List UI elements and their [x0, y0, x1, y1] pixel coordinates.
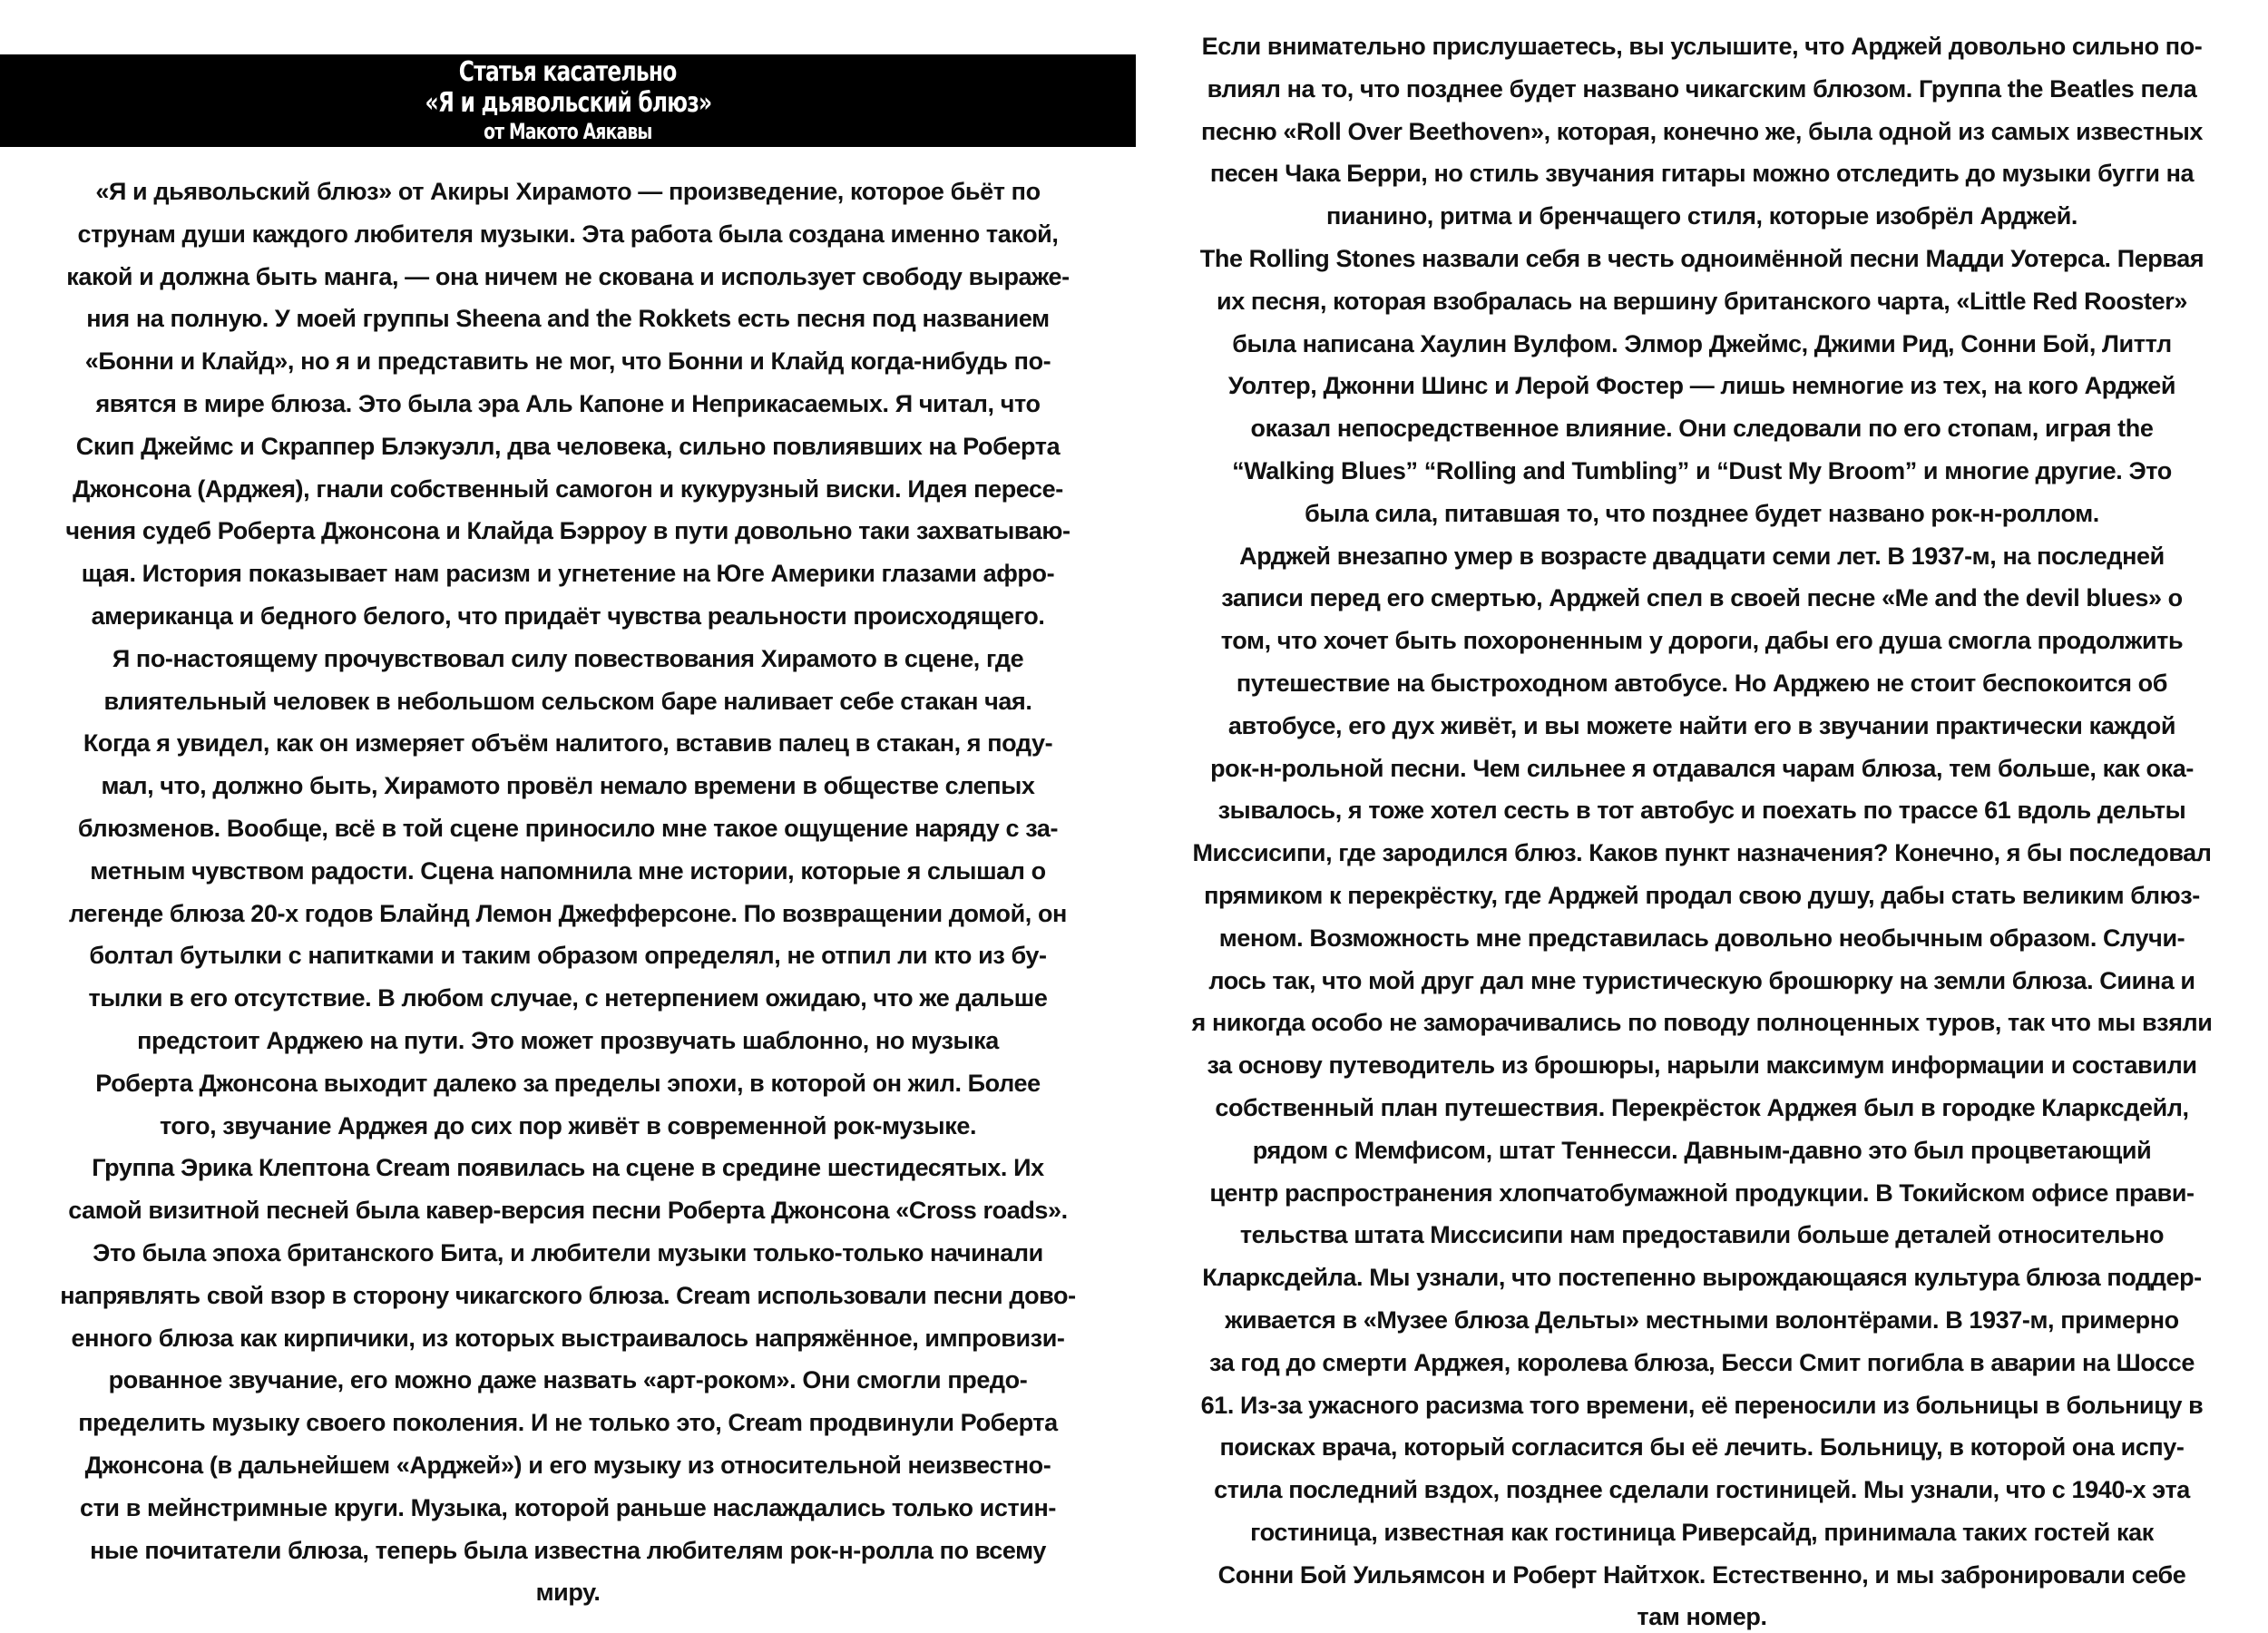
text-line-content: я никогда особо не заморачивались по пов… [1192, 1002, 2213, 1044]
text-line-content: американца и бедного белого, что придаёт… [92, 595, 1045, 638]
text-line-content: Скип Джеймс и Скраппер Блэкуэлл, два чел… [76, 425, 1060, 468]
text-line-content: Уолтер, Джонни Шинс и Лерой Фостер — лиш… [1228, 365, 2175, 407]
text-line: Я по-настоящему прочувствовал силу повес… [5, 638, 1130, 680]
text-line: сти в мейнстримные круги. Музыка, которо… [5, 1487, 1130, 1530]
text-line: Джонсона (в дальнейшем «Арджей») и его м… [5, 1444, 1130, 1487]
text-line-content: 61. Из-за ужасного расизма того времени,… [1201, 1384, 2204, 1427]
text-line: за основу путеводитель из брошюры, нарыл… [1139, 1044, 2264, 1087]
left-column-text: «Я и дьявольский блюз» от Акиры Хирамото… [5, 171, 1130, 1614]
text-line-content: тылки в его отсутствие. В любом случае, … [88, 977, 1047, 1020]
text-line-content: записи перед его смертью, Арджей спел в … [1221, 577, 2183, 620]
text-line: Кларксдейла. Мы узнали, что постепенно в… [1139, 1257, 2264, 1299]
text-line-content: Арджей внезапно умер в возрасте двадцати… [1239, 535, 2165, 578]
text-line: Сонни Бой Уильямсон и Роберт Найтхок. Ес… [1139, 1554, 2264, 1597]
text-line-content: Если внимательно прислушаетесь, вы услыш… [1202, 25, 2203, 68]
text-line-content: том, что хочет быть похороненным у дорог… [1221, 620, 2183, 662]
text-line: там номер. [1139, 1596, 2264, 1633]
text-line: пределить музыку своего поколения. И не … [5, 1402, 1130, 1444]
text-line-content: меном. Возможность мне представилась дов… [1219, 917, 2185, 960]
text-line: была написана Хаулин Вулфом. Элмор Джейм… [1139, 323, 2264, 366]
text-line-content: гостиница, известная как гостиница Ривер… [1250, 1511, 2154, 1554]
text-line: болтал бутылки с напитками и таким образ… [5, 934, 1130, 977]
text-line: щая. История показывает нам расизм и угн… [5, 552, 1130, 595]
right-column-text: Если внимательно прислушаетесь, вы услыш… [1139, 25, 2264, 1633]
text-line: струнам души каждого любителя музыки. Эт… [5, 213, 1130, 256]
text-line: ные почитатели блюза, теперь была извест… [5, 1530, 1130, 1572]
text-line-content: ные почитатели блюза, теперь была извест… [90, 1530, 1046, 1572]
text-line: предстоит Арджею на пути. Это может проз… [5, 1020, 1130, 1062]
text-line: того, звучание Арджея до сих пор живёт в… [5, 1105, 1130, 1148]
text-line-content: за год до смерти Арджея, королева блюза,… [1209, 1342, 2195, 1384]
text-line: самой визитной песней была кавер-версия … [5, 1189, 1130, 1232]
text-line-content: рок-н-рольной песни. Чем сильнее я отдав… [1210, 748, 2194, 790]
text-line: енного блюза как кирпичики, из которых в… [5, 1317, 1130, 1360]
text-line-content: оказал непосредственное влияние. Они сле… [1251, 407, 2154, 450]
text-line-content: поисках врача, который согласится бы её … [1219, 1426, 2184, 1469]
text-line-content: рядом с Мемфисом, штат Теннесси. Давным-… [1253, 1129, 2152, 1172]
text-line: стила последний вздох, позднее сделали г… [1139, 1469, 2264, 1511]
text-line-content: собственный план путешествия. Перекрёсто… [1215, 1087, 2188, 1129]
text-line-content: метным чувством радости. Сцена напомнила… [90, 850, 1046, 893]
text-line-content: болтал бутылки с напитками и таким образ… [89, 934, 1046, 977]
text-line: за год до смерти Арджея, королева блюза,… [1139, 1342, 2264, 1384]
text-line: автобусе, его дух живёт, и вы можете най… [1139, 705, 2264, 748]
text-line-content: лось так, что мой друг дал мне туристиче… [1208, 960, 2195, 1002]
text-line-content: “Walking Blues” “Rolling and Tumbling” и… [1232, 450, 2172, 493]
text-line-content: автобусе, его дух живёт, и вы можете най… [1228, 705, 2175, 748]
text-line-content: живается в «Музее блюза Дельты» местными… [1225, 1299, 2178, 1342]
text-line-content: Роберта Джонсона выходит далеко за преде… [95, 1062, 1040, 1105]
text-line-content: какой и должна быть манга, — она ничем н… [66, 256, 1070, 298]
text-line-content: тельства штата Миссисипи нам предоставил… [1240, 1214, 2164, 1257]
article-header: Статья касательно «Я и дьявольский блюз»… [0, 54, 1136, 147]
text-line-content: зывалось, я тоже хотел сесть в тот автоб… [1218, 789, 2186, 832]
header-byline: от Макото Аякавы [484, 119, 651, 144]
text-line-content: легенде блюза 20-х годов Блайнд Лемон Дж… [69, 893, 1067, 935]
text-line: собственный план путешествия. Перекрёсто… [1139, 1087, 2264, 1129]
text-line: зывалось, я тоже хотел сесть в тот автоб… [1139, 789, 2264, 832]
text-line-content: «Я и дьявольский блюз» от Акиры Хирамото… [95, 171, 1040, 213]
text-line-content: центр распространения хлопчатобумажной п… [1209, 1172, 2194, 1215]
text-line-content: Это была эпоха британского Бита, и любит… [93, 1232, 1043, 1275]
text-line: поисках врача, который согласится бы её … [1139, 1426, 2264, 1469]
text-line: живается в «Музее блюза Дельты» местными… [1139, 1299, 2264, 1342]
text-line-content: рованное звучание, его можно даже назват… [109, 1359, 1028, 1402]
text-line: Арджей внезапно умер в возрасте двадцати… [1139, 535, 2264, 578]
text-line: ния на полную. У моей группы Sheena and … [5, 298, 1130, 340]
text-line-content: явятся в мире блюза. Это была эра Аль Ка… [95, 383, 1040, 425]
text-line-content: стила последний вздох, позднее сделали г… [1214, 1469, 2190, 1511]
text-line: рок-н-рольной песни. Чем сильнее я отдав… [1139, 748, 2264, 790]
text-line: песен Чака Берри, но стиль звучания гита… [1139, 152, 2264, 195]
text-line: «Я и дьявольский блюз» от Акиры Хирамото… [5, 171, 1130, 213]
text-line: Группа Эрика Клептона Cream появилась на… [5, 1147, 1130, 1189]
text-line-content: Когда я увидел, как он измеряет объём на… [83, 722, 1052, 765]
text-line: явятся в мире блюза. Это была эра Аль Ка… [5, 383, 1130, 425]
text-line-content: Джонсона (Арджея), гнали собственный сам… [73, 468, 1063, 511]
text-line-content: «Бонни и Клайд», но я и представить не м… [85, 340, 1051, 383]
text-line: том, что хочет быть похороненным у дорог… [1139, 620, 2264, 662]
text-line-content: енного блюза как кирпичики, из которых в… [72, 1317, 1065, 1360]
text-line: мал, что, должно быть, Хирамото провёл н… [5, 765, 1130, 807]
text-line-content: The Rolling Stones назвали себя в честь … [1200, 238, 2204, 280]
text-line: песню «Roll Over Beethoven», которая, ко… [1139, 111, 2264, 153]
text-line: блюзменов. Вообще, всё в той сцене прино… [5, 807, 1130, 850]
text-line-content: мал, что, должно быть, Хирамото провёл н… [102, 765, 1035, 807]
text-line-content: того, звучание Арджея до сих пор живёт в… [160, 1105, 976, 1148]
text-line: легенде блюза 20-х годов Блайнд Лемон Дж… [5, 893, 1130, 935]
text-line-content: самой визитной песней была кавер-версия … [68, 1189, 1068, 1232]
text-line: Когда я увидел, как он измеряет объём на… [5, 722, 1130, 765]
text-line: миру. [5, 1571, 1130, 1614]
text-line-content: влиятельный человек в небольшом сельском… [104, 680, 1032, 723]
text-line: лось так, что мой друг дал мне туристиче… [1139, 960, 2264, 1002]
text-line-content: за основу путеводитель из брошюры, нарыл… [1207, 1044, 2196, 1087]
text-line-content: была написана Хаулин Вулфом. Элмор Джейм… [1232, 323, 2172, 366]
text-line-content: пределить музыку своего поколения. И не … [78, 1402, 1058, 1444]
text-line: «Бонни и Клайд», но я и представить не м… [5, 340, 1130, 383]
text-line-content: Джонсона (в дальнейшем «Арджей») и его м… [85, 1444, 1051, 1487]
text-line-content: путешествие на быстроходном автобусе. Но… [1237, 662, 2167, 705]
text-line-content: прямиком к перекрёстку, где Арджей прода… [1204, 875, 2200, 917]
text-line-content: Я по-настоящему прочувствовал силу повес… [112, 638, 1023, 680]
text-line: рованное звучание, его можно даже назват… [5, 1359, 1130, 1402]
text-line-content: сти в мейнстримные круги. Музыка, которо… [80, 1487, 1056, 1530]
text-line-content: Сонни Бой Уильямсон и Роберт Найтхок. Ес… [1218, 1554, 2186, 1597]
text-line-content: песню «Roll Over Beethoven», которая, ко… [1201, 111, 2203, 153]
text-line: напрявлять свой взор в сторону чикагског… [5, 1275, 1130, 1317]
text-line: Роберта Джонсона выходит далеко за преде… [5, 1062, 1130, 1105]
text-line-content: миру. [536, 1571, 601, 1614]
text-line: гостиница, известная как гостиница Ривер… [1139, 1511, 2264, 1554]
text-line: тельства штата Миссисипи нам предоставил… [1139, 1214, 2264, 1257]
text-line: пианино, ритма и бренчащего стиля, котор… [1139, 195, 2264, 238]
text-line-content: ния на полную. У моей группы Sheena and … [86, 298, 1049, 340]
text-line: была сила, питавшая то, что позднее буде… [1139, 493, 2264, 535]
text-line: Джонсона (Арджея), гнали собственный сам… [5, 468, 1130, 511]
header-title-line-2: «Я и дьявольский блюз» [425, 88, 711, 119]
text-line-content: была сила, питавшая то, что позднее буде… [1305, 493, 2099, 535]
text-line: прямиком к перекрёстку, где Арджей прода… [1139, 875, 2264, 917]
text-line-content: Кларксдейла. Мы узнали, что постепенно в… [1202, 1257, 2202, 1299]
text-line-content: щая. История показывает нам расизм и угн… [82, 552, 1054, 595]
text-line: оказал непосредственное влияние. Они сле… [1139, 407, 2264, 450]
text-line: тылки в его отсутствие. В любом случае, … [5, 977, 1130, 1020]
text-line: их песня, которая взобралась на вершину … [1139, 280, 2264, 323]
text-line-content: влиял на то, что позднее будет названо ч… [1207, 68, 2197, 111]
text-line: рядом с Мемфисом, штат Теннесси. Давным-… [1139, 1129, 2264, 1172]
text-line: влиял на то, что позднее будет названо ч… [1139, 68, 2264, 111]
text-line: чения судеб Роберта Джонсона и Клайда Бэ… [5, 510, 1130, 552]
text-line: записи перед его смертью, Арджей спел в … [1139, 577, 2264, 620]
text-line: The Rolling Stones назвали себя в честь … [1139, 238, 2264, 280]
text-line: Скип Джеймс и Скраппер Блэкуэлл, два чел… [5, 425, 1130, 468]
text-line-content: чения судеб Роберта Джонсона и Клайда Бэ… [65, 510, 1070, 552]
text-line-content: предстоит Арджею на пути. Это может проз… [137, 1020, 999, 1062]
text-line: я никогда особо не заморачивались по пов… [1139, 1002, 2264, 1044]
text-line: центр распространения хлопчатобумажной п… [1139, 1172, 2264, 1215]
text-line: метным чувством радости. Сцена напомнила… [5, 850, 1130, 893]
text-line: какой и должна быть манга, — она ничем н… [5, 256, 1130, 298]
text-line-content: Группа Эрика Клептона Cream появилась на… [92, 1147, 1043, 1189]
text-line: влиятельный человек в небольшом сельском… [5, 680, 1130, 723]
text-line-content: Миссисипи, где зародился блюз. Каков пун… [1192, 832, 2211, 875]
text-line: “Walking Blues” “Rolling and Tumbling” и… [1139, 450, 2264, 493]
text-line: 61. Из-за ужасного расизма того времени,… [1139, 1384, 2264, 1427]
text-line: Это была эпоха британского Бита, и любит… [5, 1232, 1130, 1275]
text-line: путешествие на быстроходном автобусе. Но… [1139, 662, 2264, 705]
text-line-content: песен Чака Берри, но стиль звучания гита… [1210, 152, 2194, 195]
text-line-content: блюзменов. Вообще, всё в той сцене прино… [78, 807, 1058, 850]
text-line-content: струнам души каждого любителя музыки. Эт… [78, 213, 1059, 256]
text-line: американца и бедного белого, что придаёт… [5, 595, 1130, 638]
text-line: Если внимательно прислушаетесь, вы услыш… [1139, 25, 2264, 68]
text-line-content: напрявлять свой взор в сторону чикагског… [60, 1275, 1075, 1317]
text-line-content: пианино, ритма и бренчащего стиля, котор… [1326, 195, 2077, 238]
text-line: Уолтер, Джонни Шинс и Лерой Фостер — лиш… [1139, 365, 2264, 407]
text-line: меном. Возможность мне представилась дов… [1139, 917, 2264, 960]
text-line-content: там номер. [1637, 1596, 1766, 1633]
header-title-line-1: Статья касательно [459, 57, 677, 88]
text-line-content: их песня, которая взобралась на вершину … [1217, 280, 2187, 323]
text-line: Миссисипи, где зародился блюз. Каков пун… [1139, 832, 2264, 875]
